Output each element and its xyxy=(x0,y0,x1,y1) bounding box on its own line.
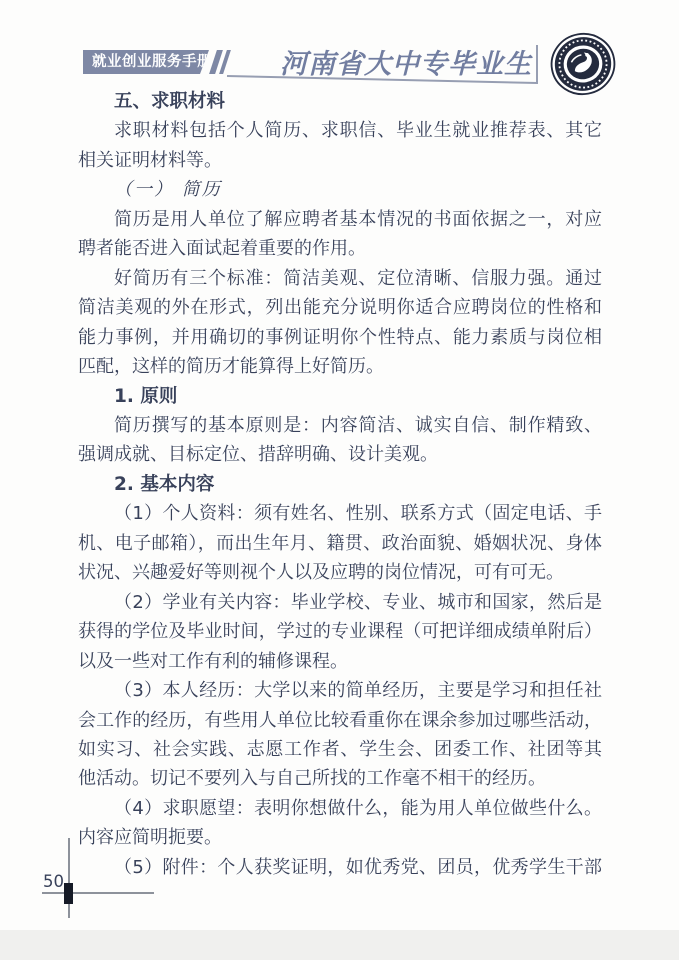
page-edge-shadow xyxy=(0,930,679,960)
text-line: 如实习、社会实践、志愿工作者、学生会、团委工作、社团等其 xyxy=(78,735,602,764)
manual-title-badge: 就业创业服务手册 xyxy=(83,50,209,74)
text-line: 好简历有三个标准：简洁美观、定位清晰、信服力强。通过 xyxy=(78,264,602,293)
text-line: （5）附件：个人获奖证明，如优秀党、团员，优秀学生干部 xyxy=(78,853,602,882)
text-line: （一） 简历 xyxy=(78,175,602,204)
text-line: （3）本人经历：大学以来的简单经历，主要是学习和担任社 xyxy=(78,676,602,705)
text-line: （2）学业有关内容：毕业学校、专业、城市和国家，然后是 xyxy=(78,588,602,617)
masthead-title: 河南省大中专毕业生 xyxy=(280,42,532,81)
text-line: 他活动。切记不要列入与自己所找的工作毫不相干的经历。 xyxy=(78,764,602,793)
heading-line: 五、求职材料 xyxy=(78,87,602,116)
footer-horizontal-rule xyxy=(42,892,154,894)
text-line: 状况、兴趣爱好等则视个人以及应聘的岗位情况，可有可无。 xyxy=(78,558,602,587)
heading-line: 2. 基本内容 xyxy=(78,470,602,499)
text-line: 匹配，这样的简历才能算得上好简历。 xyxy=(78,352,602,381)
text-line: 会工作的经历，有些用人单位比较看重你在课余参加过哪些活动， xyxy=(78,706,602,735)
text-line: （1）个人资料：须有姓名、性别、联系方式（固定电话、手 xyxy=(78,499,602,528)
page-number: 50 xyxy=(43,872,64,891)
text-line: 求职材料包括个人简历、求职信、毕业生就业推荐表、其它 xyxy=(78,116,602,145)
text-line: 机、电子邮箱），而出生年月、籍贯、政治面貌、婚姻状况、身体 xyxy=(78,529,602,558)
text-line: 相关证明材料等。 xyxy=(78,146,602,175)
text-line: 简历是用人单位了解应聘者基本情况的书面依据之一，对应 xyxy=(78,205,602,234)
header-separator-bar xyxy=(536,45,538,84)
text-line: 能力事例，并用确切的事例证明你个性特点、能力素质与岗位相 xyxy=(78,323,602,352)
text-line: 简历撰写的基本原则是：内容简洁、诚实自信、制作精致、 xyxy=(78,411,602,440)
text-line: 强调成就、目标定位、措辞明确、设计美观。 xyxy=(78,440,602,469)
text-line: 聘者能否进入面试起着重要的作用。 xyxy=(78,234,602,263)
text-line: 内容应简明扼要。 xyxy=(78,823,602,852)
heading-line: 1. 原则 xyxy=(78,382,602,411)
text-line: 获得的学位及毕业时间，学过的专业课程（可把详细成绩单附后） xyxy=(78,617,602,646)
document-body: 五、求职材料求职材料包括个人简历、求职信、毕业生就业推荐表、其它相关证明材料等。… xyxy=(78,87,602,882)
footer-vertical-rule xyxy=(68,838,70,918)
text-line: 以及一些对工作有利的辅修课程。 xyxy=(78,647,602,676)
text-line: 简洁美观的外在形式，列出能充分说明你适合应聘岗位的性格和 xyxy=(78,293,602,322)
footer-ink-block xyxy=(64,883,73,904)
text-line: （4）求职愿望：表明你想做什么，能为用人单位做些什么。 xyxy=(78,794,602,823)
